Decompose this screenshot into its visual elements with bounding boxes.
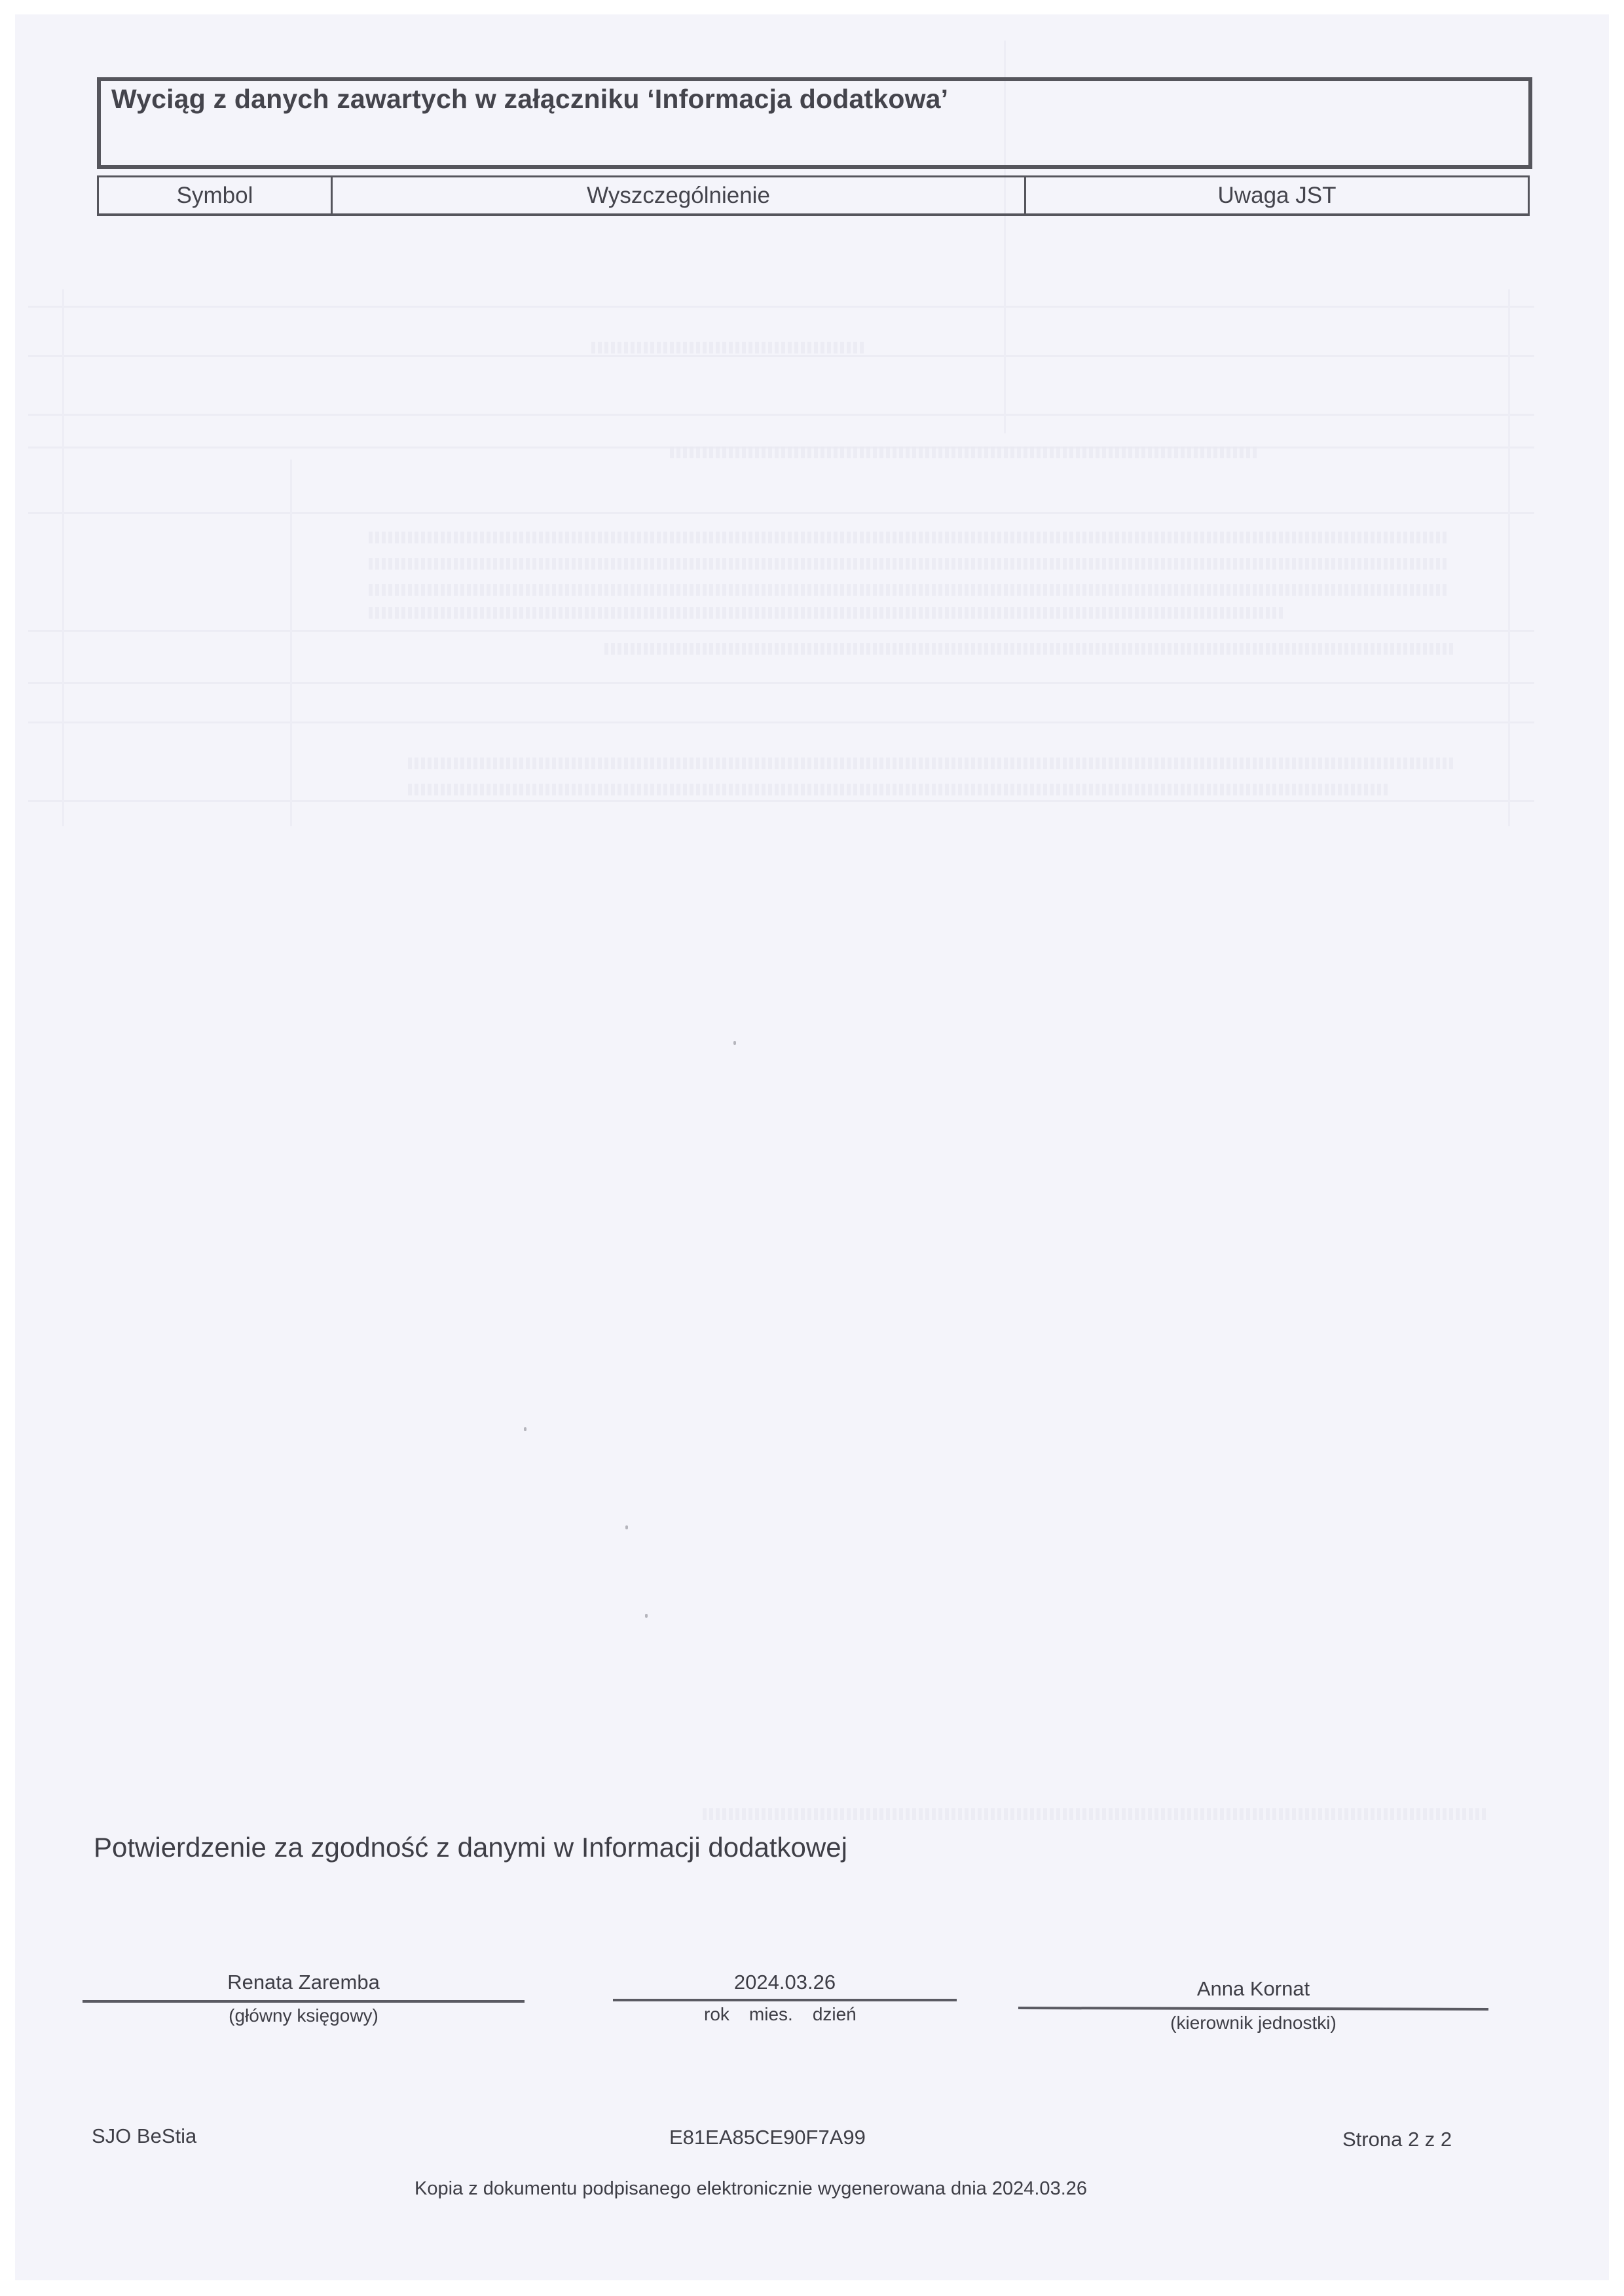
confirmation-statement: Potwierdzenie za zgodność z danymi w Inf… [94,1832,847,1863]
title-box: Wyciąg z danych zawartych w załączniku ‘… [97,77,1532,169]
table-header: Symbol Wyszczególnienie Uwaga JST [97,175,1530,216]
date-line [613,1999,957,2001]
column-header-description: Wyszczególnienie [333,177,1026,213]
chief-accountant-name: Renata Zaremba [83,1971,525,1994]
date-parts-legend: rok mies. dzień [704,2004,857,2025]
show-through-artifact [15,14,1609,2280]
document-title: Wyciąg z danych zawartych w załączniku ‘… [111,84,948,115]
footer-system-name: SJO BeStia [92,2124,196,2148]
footer-page-number: Strona 2 z 2 [1342,2128,1452,2151]
scan-speck [733,1041,736,1045]
scan-speck [524,1427,526,1431]
footer-document-id: E81EA85CE90F7A99 [669,2126,866,2149]
head-of-unit-role: (kierownik jednostki) [1018,2013,1488,2033]
scan-speck [625,1525,628,1529]
scanned-page [15,14,1609,2280]
column-header-note: Uwaga JST [1026,177,1528,213]
column-header-symbol: Symbol [99,177,333,213]
chief-accountant-signature-line [83,2000,525,2003]
date-part-year: rok [704,2004,729,2025]
date-part-day: dzień [813,2004,857,2025]
scan-speck [645,1614,648,1618]
head-of-unit-name: Anna Kornat [1018,1977,1488,2001]
date-part-month: mies. [749,2004,793,2025]
chief-accountant-role: (główny księgowy) [83,2005,525,2026]
confirmation-date: 2024.03.26 [613,1971,957,1994]
footer-electronic-copy-note: Kopia z dokumentu podpisanego elektronic… [415,2178,1087,2200]
